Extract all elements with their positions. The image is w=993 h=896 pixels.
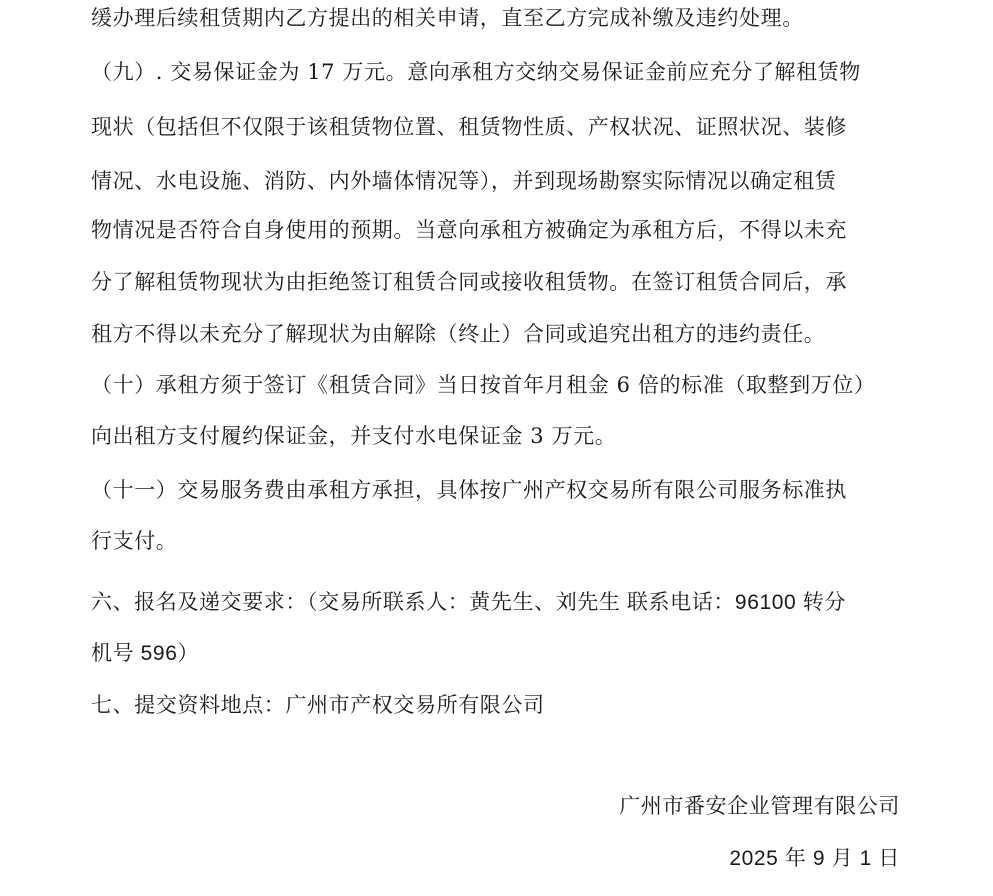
text-line-deferral-end: 缓办理后续租赁期内乙方提出的相关申请，直至乙方完成补缴及违约处理。 [91,4,804,32]
clause-9-deposit: （九）. 交易保证金为 17 万元。意向承租方交纳交易保证金前应充分了解租赁物 [91,58,861,86]
clause-11-service-fee: （十一）交易服务费由承租方承担，具体按广州产权交易所有限公司服务标准执 [91,476,847,504]
clause-9-line-5: 分了解租赁物现状为由拒绝签订租赁合同或接收租赁物。在签订租赁合同后，承 [91,268,847,296]
section-6-registration: 六、报名及递交要求：（交易所联系人：黄先生、刘先生 联系电话：96100 转分 [91,589,846,617]
clause-10-line-2: 向出租方支付履约保证金，并支付水电保证金 3 万元。 [91,422,616,450]
clause-9-line-3: 情况、水电设施、消防、内外墙体情况等），并到现场勘察实际情况以确定租赁 [91,167,837,195]
clause-9-line-2: 现状（包括但不仅限于该租赁物位置、租赁物性质、产权状况、证照状况、装修 [91,113,847,141]
clause-9-line-6: 租方不得以未充分了解现状为由解除（终止）合同或追究出租方的违约责任。 [91,320,825,348]
clause-10-performance-bond: （十）承租方须于签订《租赁合同》当日按首年月租金 6 倍的标准（取整到万位） [91,371,876,399]
clause-11-line-2: 行支付。 [91,527,177,555]
section-6-line-2: 机号 596） [91,640,199,668]
signature-company: 广州市番安企业管理有限公司 [619,793,900,821]
clause-9-line-4: 物情况是否符合自身使用的预期。当意向承租方被确定为承租方后，不得以未充 [91,216,847,244]
section-7-submission-location: 七、提交资料地点：广州市产权交易所有限公司 [91,692,545,720]
signature-date: 2025 年 9 月 1 日 [729,845,900,873]
